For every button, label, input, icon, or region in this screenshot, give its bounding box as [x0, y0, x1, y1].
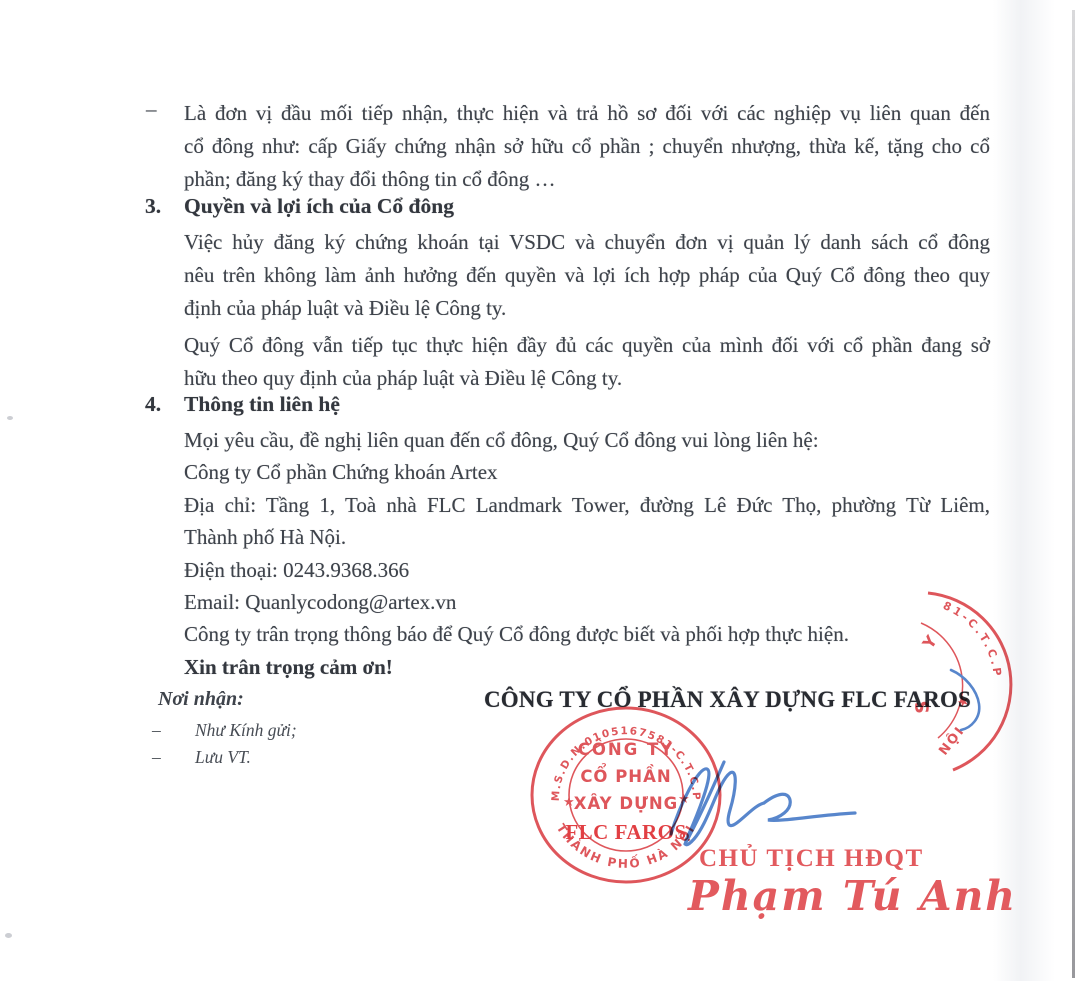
partial-stamp-letter: S	[912, 700, 934, 715]
recipients-label: Nơi nhận:	[158, 688, 244, 711]
bullet-paragraph: Là đơn vị đầu mối tiếp nhận, thực hiện v…	[184, 97, 990, 196]
section-3-paragraph-2: Quý Cổ đông vẫn tiếp tục thực hiện đầy đ…	[184, 329, 990, 395]
paragraph-line: phần; đăng ký thay đổi thông tin cổ đông…	[184, 163, 990, 196]
item-dash: –	[152, 720, 195, 741]
contact-line: Mọi yêu cầu, đề nghị liên quan đến cổ đô…	[184, 424, 990, 456]
section-number: 3.	[145, 194, 184, 219]
paragraph-line: Là đơn vị đầu mối tiếp nhận, thực hiện v…	[184, 97, 990, 130]
section-3-paragraph-1: Việc hủy đăng ký chứng khoán tại VSDC và…	[184, 226, 990, 325]
scan-artifact	[7, 416, 13, 420]
paragraph-line: Quý Cổ đông vẫn tiếp tục thực hiện đầy đ…	[184, 329, 990, 362]
signer-title: CHỦ TỊCH HĐQT	[699, 845, 924, 873]
contact-line: Công ty trân trọng thông báo để Quý Cổ đ…	[184, 618, 990, 650]
contact-line: Thành phố Hà Nội.	[184, 521, 990, 553]
paragraph-line: hữu theo quy định của pháp luật và Điều …	[184, 362, 990, 395]
paragraph-line: định của pháp luật và Điều lệ Công ty.	[184, 292, 990, 325]
signature	[655, 752, 870, 852]
recipient-item: – Như Kính gửi;	[152, 720, 297, 741]
closing-line: Xin trân trọng cảm ơn!	[184, 651, 990, 683]
recipient-text: Như Kính gửi;	[195, 720, 297, 741]
partial-stamp-letter: Y	[918, 632, 941, 654]
paragraph-line: nêu trên không làm ảnh hưởng đến quyền v…	[184, 259, 990, 292]
contact-line-phone: Điện thoại: 0243.9368.366	[184, 554, 990, 586]
bullet-dash: –	[146, 97, 157, 122]
partial-stamp: 81-C.T.C.P Y S ★ NỘI	[893, 578, 1020, 803]
contact-block: Mọi yêu cầu, đề nghị liên quan đến cổ đô…	[184, 424, 990, 683]
recipient-item: – Lưu VT.	[152, 747, 251, 768]
contact-line-email: Email: Quanlycodong@artex.vn	[184, 586, 990, 618]
item-dash: –	[152, 747, 195, 768]
scan-artifact	[5, 933, 12, 938]
section-title: Thông tin liên hệ	[184, 392, 340, 417]
section-title: Quyền và lợi ích của Cổ đông	[184, 194, 454, 219]
recipient-text: Lưu VT.	[195, 747, 251, 768]
paragraph-line: cổ đông như: cấp Giấy chứng nhận sở hữu …	[184, 130, 990, 163]
contact-line: Địa chỉ: Tầng 1, Toà nhà FLC Landmark To…	[184, 489, 990, 521]
section-3-heading: 3. Quyền và lợi ích của Cổ đông	[145, 194, 454, 219]
scan-shading-band	[993, 0, 1055, 981]
section-number: 4.	[145, 392, 184, 417]
contact-line: Công ty Cổ phần Chứng khoán Artex	[184, 456, 990, 488]
signer-name: Phạm Tú Anh	[688, 872, 1017, 920]
paragraph-line: Việc hủy đăng ký chứng khoán tại VSDC và…	[184, 226, 990, 259]
section-4-heading: 4. Thông tin liên hệ	[145, 392, 340, 417]
page-edge-line	[1072, 10, 1075, 978]
